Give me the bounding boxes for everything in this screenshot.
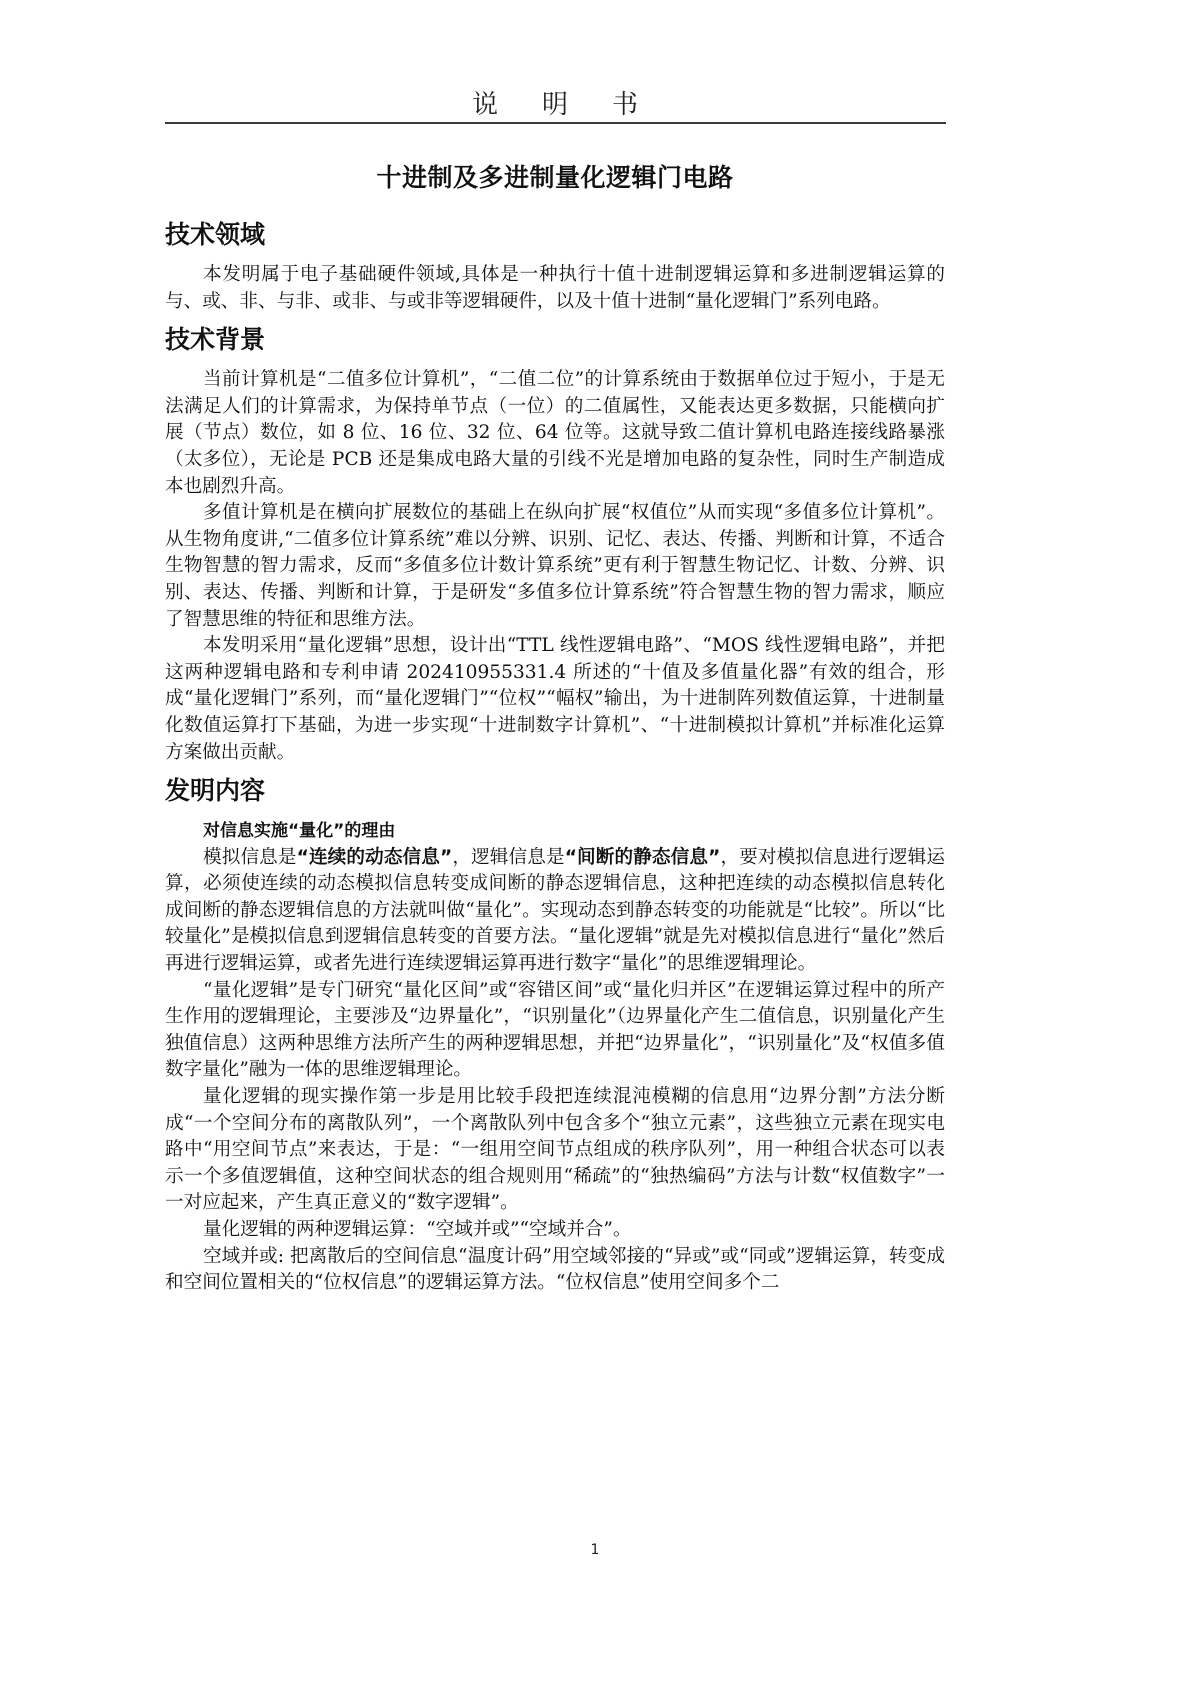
paragraph: 量化逻辑的现实操作第一步是用比较手段把连续混沌模糊的信息用“边界分割”方法分断成… bbox=[165, 1084, 945, 1217]
paragraph: 多值计算机是在横向扩展数位的基础上在纵向扩展“权值位”从而实现“多值多位计算机”… bbox=[165, 500, 945, 633]
document-page: 说明书 十进制及多进制量化逻辑门电路 技术领域 本发明属于电子基础硬件领域,具体… bbox=[0, 0, 1190, 1682]
section-heading: 技术领域 bbox=[165, 218, 945, 252]
section-technical-background: 技术背景 当前计算机是“二值多位计算机”，“二值二位”的计算系统由于数据单位过于… bbox=[165, 323, 945, 766]
section-heading: 技术背景 bbox=[165, 323, 945, 357]
section-invention-content: 发明内容 对信息实施“量化”的理由 模拟信息是“连续的动态信息”，逻辑信息是“间… bbox=[165, 774, 945, 1297]
document-title: 十进制及多进制量化逻辑门电路 bbox=[165, 158, 945, 194]
section-heading: 发明内容 bbox=[165, 774, 945, 808]
header-divider bbox=[165, 122, 946, 124]
paragraph: 量化逻辑的两种逻辑运算：“空域并或”“空域并合”。 bbox=[165, 1217, 945, 1244]
paragraph: “量化逻辑”是专门研究“量化区间”或“容错区间”或“量化归并区”在逻辑运算过程中… bbox=[165, 978, 945, 1084]
sub-heading: 对信息实施“量化”的理由 bbox=[165, 818, 945, 845]
paragraph: 空域并或: 把离散后的空间信息“温度计码”用空域邻接的“异或”或“同或”逻辑运算… bbox=[165, 1244, 945, 1297]
document-body: 技术领域 本发明属于电子基础硬件领域,具体是一种执行十值十进制逻辑运算和多进制逻… bbox=[165, 218, 945, 1297]
bold-phrase: “连续的动态信息” bbox=[297, 847, 453, 868]
text-run: 模拟信息是 bbox=[203, 847, 297, 868]
paragraph: 当前计算机是“二值多位计算机”，“二值二位”的计算系统由于数据单位过于短小，于是… bbox=[165, 367, 945, 500]
paragraph-rich: 模拟信息是“连续的动态信息”，逻辑信息是“间断的静态信息”，要对模拟信息进行逻辑… bbox=[165, 845, 945, 978]
page-number: 1 bbox=[0, 1542, 1190, 1558]
page-header-title: 说明书 bbox=[165, 84, 945, 121]
paragraph: 本发明属于电子基础硬件领域,具体是一种执行十值十进制逻辑运算和多进制逻辑运算的与… bbox=[165, 262, 945, 315]
bold-phrase: “间断的静态信息” bbox=[565, 847, 721, 868]
text-run: ，逻辑信息是 bbox=[452, 847, 564, 868]
paragraph: 本发明采用“量化逻辑”思想，设计出“TTL 线性逻辑电路”、“MOS 线性逻辑电… bbox=[165, 633, 945, 766]
section-technical-field: 技术领域 本发明属于电子基础硬件领域,具体是一种执行十值十进制逻辑运算和多进制逻… bbox=[165, 218, 945, 315]
